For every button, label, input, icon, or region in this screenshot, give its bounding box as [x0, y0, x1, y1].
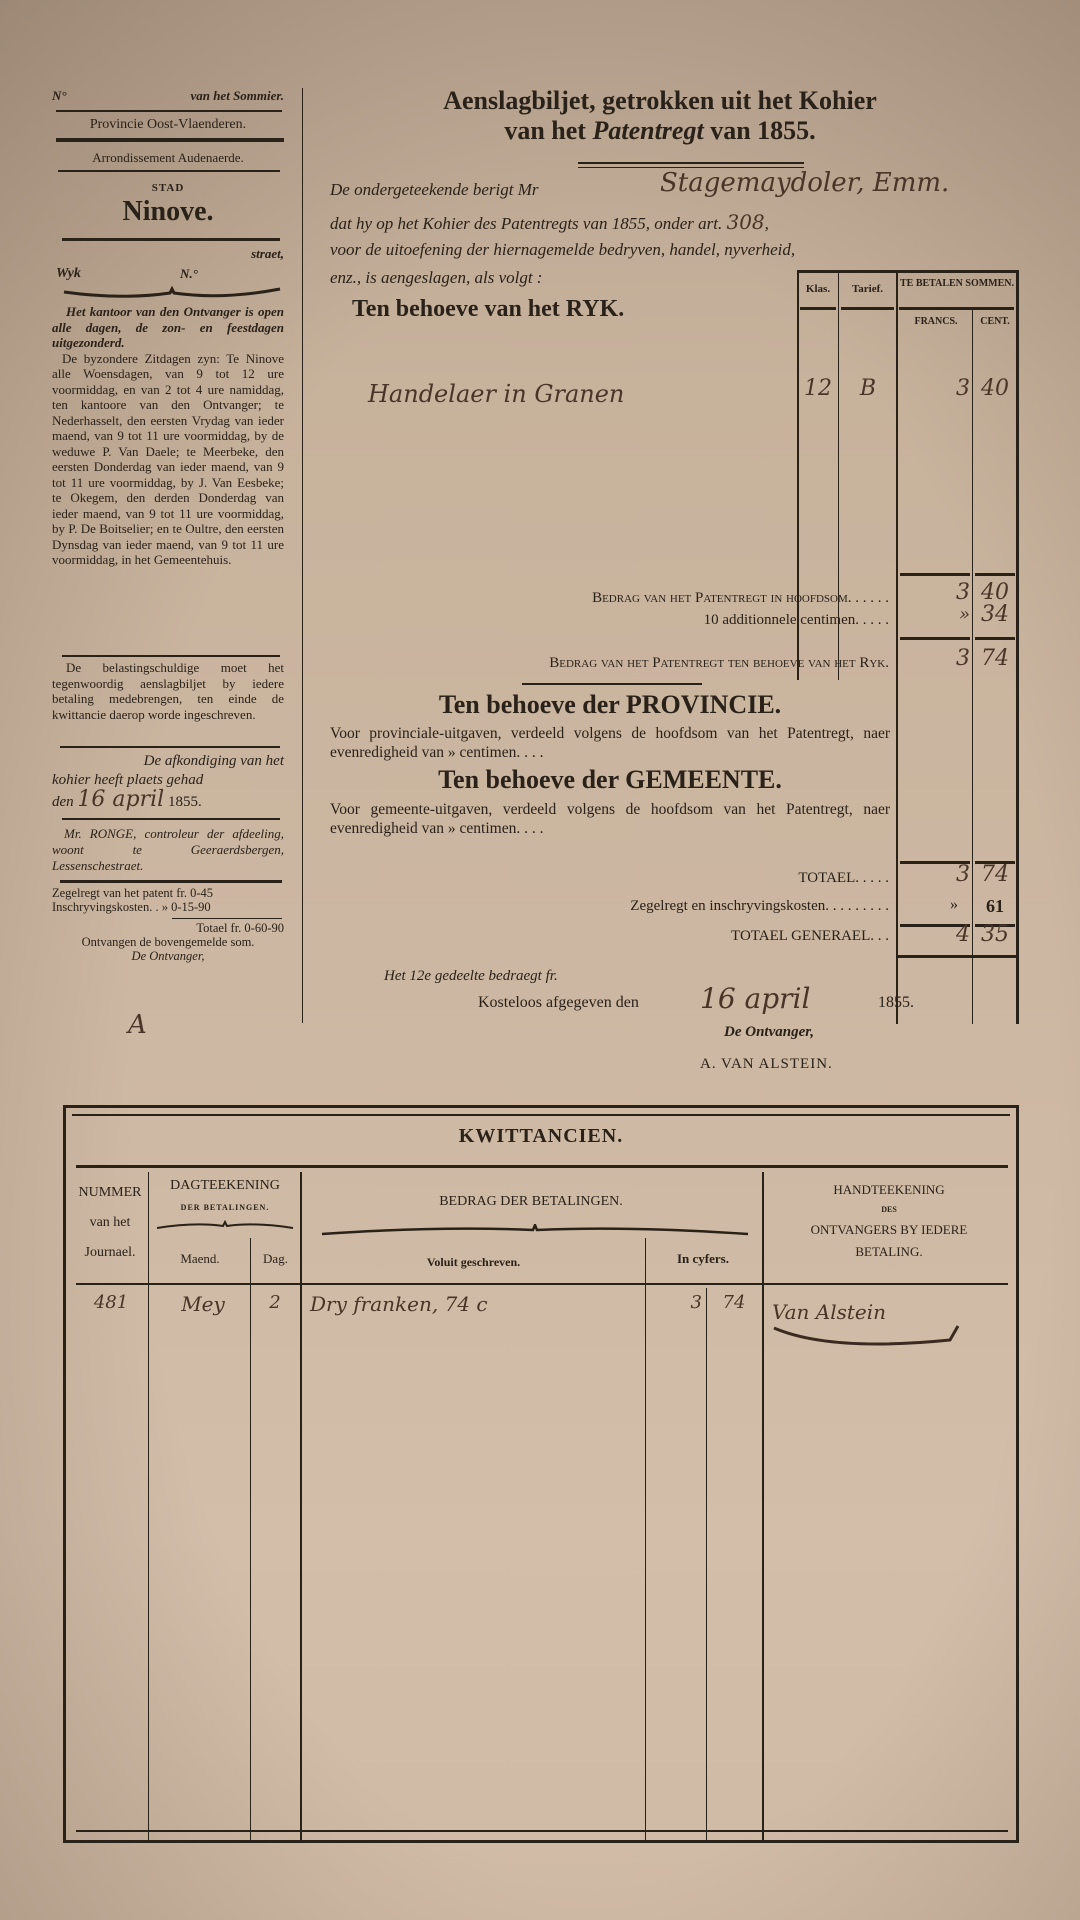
publication-block: De afkondiging van het kohier heeft plae…	[52, 752, 284, 812]
notice-line1: De ondergeteekende berigt Mr	[330, 180, 538, 200]
divider	[841, 307, 894, 310]
row-signature: Van Alstein	[772, 1300, 1012, 1324]
controller-block: Mr. RONGE, controleur der afdeeling, woo…	[52, 826, 284, 874]
notice-line4: enz., is aengeslagen, als volgt :	[330, 268, 542, 288]
signature-flourish	[770, 1322, 970, 1352]
receiver-mark-handwritten: A	[128, 1010, 147, 1040]
ryk-total-label: Bedrag van het Patentregt ten behoeve va…	[380, 655, 889, 672]
city-name: Ninove.	[52, 196, 284, 228]
generael-cent: 35	[974, 922, 1016, 947]
office-hours-body: De byzondere Zitdagen zyn: Te Ninove all…	[52, 351, 284, 568]
row-maend: Mey	[158, 1292, 248, 1316]
kwittancien-title: KWITTANCIEN.	[63, 1125, 1019, 1148]
dag-header: Dag.	[251, 1251, 300, 1267]
title-post: van 1855.	[704, 116, 816, 145]
ryk-heading: Ten behoeve van het RYK.	[352, 296, 624, 323]
divider	[62, 818, 280, 820]
bedrag-header: BEDRAG DER BETALINGEN.	[302, 1194, 760, 1210]
divider	[58, 170, 280, 172]
table-top-rule	[797, 270, 1019, 273]
notice-line3: voor de uitoefening der hiernagemelde be…	[330, 240, 795, 260]
provincie-text: Voor provinciale-uitgaven, verdeeld volg…	[330, 724, 890, 762]
totael-francs: 3	[900, 862, 970, 887]
ryk-total-cent: 74	[974, 646, 1016, 671]
voluit-header: Voluit geschreven.	[302, 1254, 645, 1270]
tarief-header: Tarief.	[840, 283, 895, 295]
provincie-heading: Ten behoeve der PROVINCIE.	[330, 690, 890, 720]
trade-handwritten: Handelaer in Granen	[368, 380, 624, 408]
column-divider	[302, 88, 303, 1023]
additionnele-francs: »	[900, 604, 970, 625]
additionnele-label: 10 additionnele centimen. . . . .	[404, 612, 889, 629]
gemeente-text: Voor gemeente-uitgaven, verdeeld volgens…	[330, 800, 890, 838]
divider	[56, 138, 284, 142]
maend-header: Maend.	[150, 1251, 250, 1267]
divider	[60, 880, 282, 883]
handteekening-des: DES	[764, 1202, 1014, 1218]
row-cent: 74	[708, 1292, 760, 1313]
title-italic: Patentregt	[592, 116, 703, 145]
left-receiver-title: De Ontvanger,	[52, 949, 284, 963]
issued-date-handwritten: 16 april	[700, 982, 810, 1015]
sommier-line: N° van het Sommier.	[52, 88, 284, 104]
controller-info: Mr. RONGE, controleur der afdeeling, woo…	[52, 826, 284, 874]
ryk-total-francs: 3	[900, 646, 970, 671]
publication-date-handwritten: 16 april	[77, 787, 164, 812]
hoofdsom-label: Bedrag van het Patentregt in hoofdsom. .…	[404, 590, 889, 607]
totael-label: TOTAEL. . . . .	[600, 870, 889, 887]
office-hours: Het kantoor van den Ontvanger is open al…	[52, 304, 284, 568]
cent-rule	[972, 310, 973, 1024]
cyfers-header: In cyfers.	[646, 1251, 760, 1267]
divider	[800, 307, 836, 310]
nummer-header-3: Journael.	[72, 1238, 148, 1268]
generael-francs: 4	[900, 922, 970, 947]
taxpayer-name-handwritten: Stagemaydoler, Emm.	[660, 168, 949, 198]
col-rule-dag	[300, 1172, 302, 1840]
zegelregt-label: Zegelregt en inschryvingskosten. . . . .…	[440, 898, 889, 915]
twelfth-share: Het 12e gedeelte bedraegt fr.	[384, 968, 558, 985]
gemeente-heading: Ten behoeve der GEMEENTE.	[330, 765, 890, 795]
row-francs: 3	[650, 1292, 702, 1313]
arrondissement: Arrondissement Audenaerde.	[52, 150, 284, 166]
divider	[975, 573, 1015, 576]
publication-year: 1855.	[168, 794, 202, 810]
te-betalen-header: TE BETALEN SOMMEN.	[900, 278, 1014, 289]
divider	[172, 918, 282, 919]
straet-label: straet,	[52, 246, 284, 262]
ornament-swash	[155, 1220, 295, 1230]
dagteekening-header: DAGTEEKENING	[150, 1178, 300, 1194]
publication-line1: De afkondiging van het	[52, 752, 284, 771]
handteekening-header: HANDTEEKENING	[764, 1182, 1014, 1198]
klas-value: 12	[800, 376, 836, 401]
col-rule-voluit	[645, 1238, 646, 1840]
notice-line2-text: dat hy op het Kohier des Patentregts van…	[330, 214, 722, 233]
nummer-header-2: van het	[72, 1208, 148, 1238]
francs-left-rule	[896, 272, 898, 1024]
divider	[62, 655, 280, 657]
row-nummer: 481	[78, 1292, 144, 1313]
fees-block: Zegelregt van het patent fr. 0-45 Inschr…	[52, 886, 284, 963]
notice-line2: dat hy op het Kohier des Patentregts van…	[330, 210, 1020, 234]
table-right-rule	[1016, 270, 1019, 1024]
nummer-header-1: NUMMER	[72, 1178, 148, 1208]
col-rule-maend	[250, 1238, 251, 1840]
wyk-label: Wyk	[56, 266, 81, 282]
col-rule-bedrag	[762, 1172, 764, 1840]
number-label: N.°	[180, 266, 198, 282]
hoofdsom-francs: 3	[900, 580, 970, 605]
divider	[60, 746, 280, 748]
totael-cent: 74	[974, 862, 1016, 887]
publication-den: den	[52, 794, 74, 810]
title-pre: van het	[504, 116, 592, 145]
article-number-handwritten: 308	[726, 210, 764, 234]
ornament-swash	[62, 286, 282, 300]
divider	[522, 683, 702, 685]
handteekening-betaling: BETALING.	[764, 1244, 1014, 1260]
zegelregt-cent: 61	[974, 896, 1016, 917]
issued-label: Kosteloos afgegeven den	[478, 994, 639, 1012]
received-statement: Ontvangen de bovengemelde som.	[52, 935, 284, 949]
cent-value: 40	[974, 376, 1016, 401]
province: Provincie Oost-Vlaenderen.	[52, 117, 284, 133]
handteekening-ontvangers: ONTVANGERS BY IEDERE	[764, 1222, 1014, 1238]
no-label: N°	[52, 88, 67, 103]
title-line2: van het Patentregt van 1855.	[310, 116, 1010, 146]
zegel-fee: Zegelregt van het patent fr. 0-45	[52, 886, 284, 900]
divider	[62, 238, 280, 241]
col-rule-cyfers	[706, 1288, 707, 1840]
divider	[900, 637, 970, 640]
francs-header: FRANCS.	[900, 316, 972, 327]
dagteekening-sub: DER BETALINGEN.	[150, 1200, 300, 1216]
inschr-fee: Inschryvingskosten. . » 0-15-90	[52, 900, 284, 914]
additionnele-cent: 34	[974, 602, 1016, 627]
issued-year: 1855.	[878, 994, 914, 1012]
cent-header: CENT.	[974, 316, 1016, 327]
table-inner-bottom-rule	[76, 1830, 1008, 1832]
col-rule-nummer	[148, 1172, 149, 1840]
row-dag: 2	[252, 1292, 298, 1313]
klas-header: Klas.	[799, 283, 837, 295]
tarief-value: B	[842, 376, 894, 401]
fees-total: Totael fr. 0-60-90	[52, 921, 284, 935]
zegelregt-francs: »	[900, 896, 958, 914]
stad-label: STAD	[52, 182, 284, 194]
notice-comma: ,	[765, 214, 769, 233]
title-underline	[578, 162, 804, 164]
document-title: Aenslagbiljet, getrokken uit het Kohier …	[310, 86, 1010, 146]
francs-value: 3	[900, 376, 970, 401]
kwittancien-title-rule	[76, 1165, 1008, 1168]
receiver-title: De Ontvanger,	[724, 1024, 814, 1041]
row-voluit: Dry franken, 74 c	[310, 1292, 640, 1316]
header-bottom-rule	[76, 1283, 1008, 1285]
ornament-swash	[320, 1224, 750, 1236]
divider	[975, 637, 1015, 640]
sommier-label: van het Sommier.	[190, 88, 284, 104]
divider	[899, 307, 1014, 310]
divider	[56, 110, 282, 112]
receiver-name: A. VAN ALSTEIN.	[700, 1056, 833, 1073]
title-line1: Aenslagbiljet, getrokken uit het Kohier	[310, 86, 1010, 116]
office-hours-intro: Het kantoor van den Ontvanger is open al…	[52, 304, 284, 351]
debtor-notice-block: De belastingschuldige moet het tegenwoor…	[52, 660, 284, 722]
nummer-header: NUMMER van het Journael.	[72, 1178, 148, 1268]
generael-label: TOTAEL GENERAEL. . .	[560, 928, 889, 945]
divider	[900, 573, 970, 576]
table-bottom-rule	[896, 955, 1019, 958]
debtor-notice: De belastingschuldige moet het tegenwoor…	[52, 660, 284, 722]
